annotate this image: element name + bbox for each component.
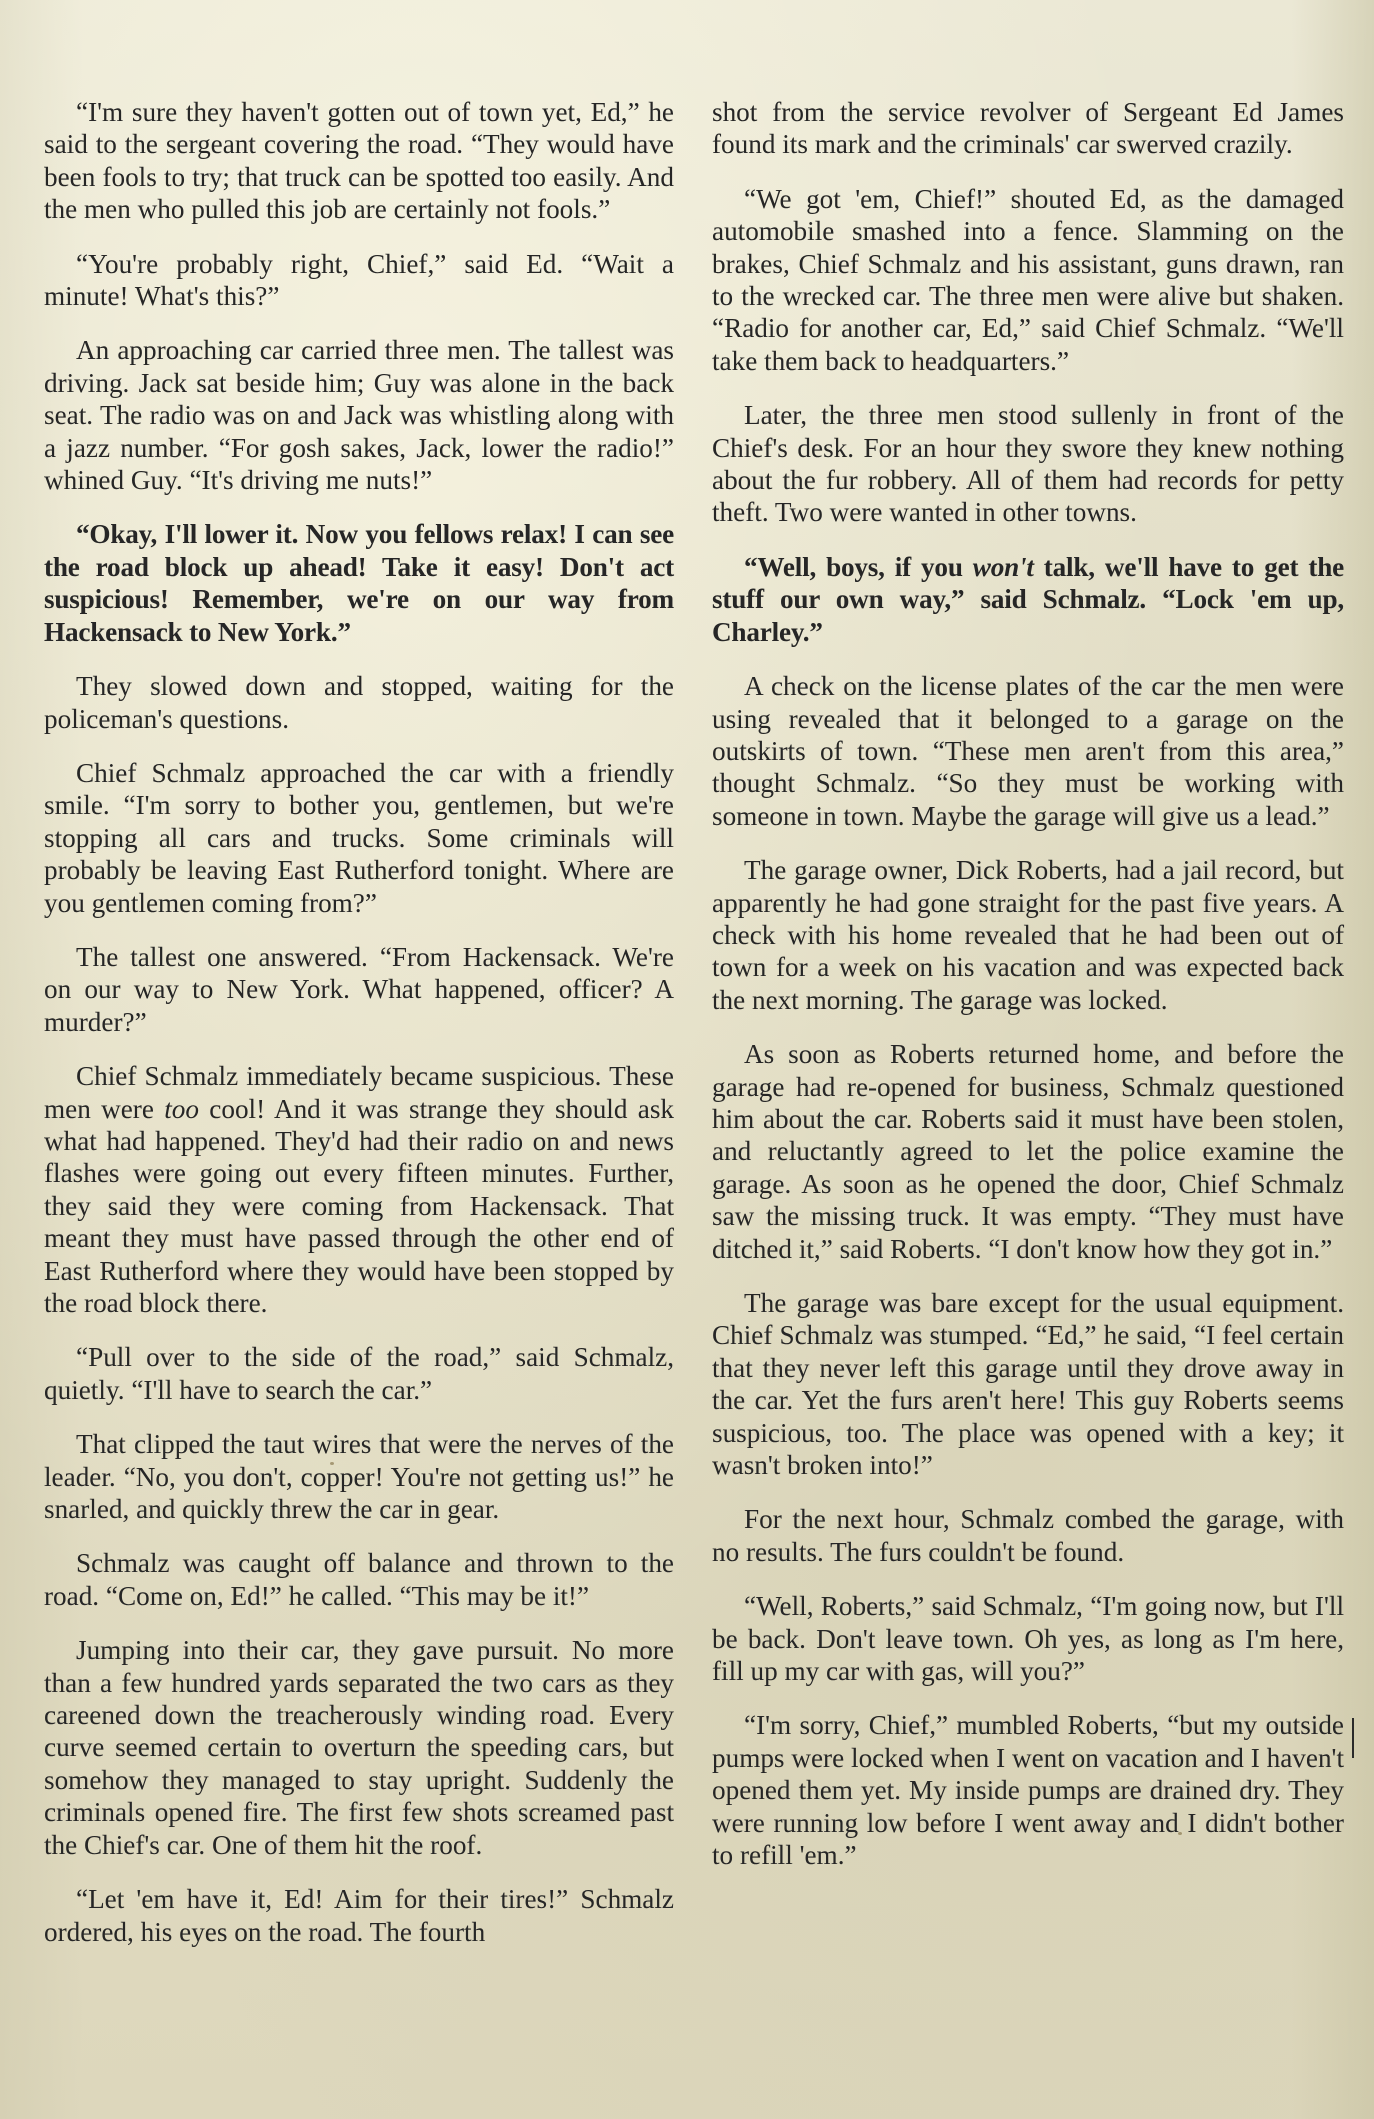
paragraph: Chief Schmalz approached the car with a … [44, 757, 674, 919]
paragraph: Chief Schmalz immediately became suspici… [44, 1060, 674, 1319]
paragraph: The garage was bare except for the usual… [712, 1287, 1344, 1481]
paragraph: Jumping into their car, they gave pursui… [44, 1634, 674, 1861]
paragraph: “Pull over to the side of the road,” sai… [44, 1341, 674, 1406]
emphasis: won't [973, 552, 1034, 582]
paragraph: That clipped the taut wires that were th… [44, 1428, 674, 1525]
paragraph: “I'm sorry, Chief,” mumbled Roberts, “bu… [712, 1709, 1344, 1871]
paragraph: An approaching car carried three men. Th… [44, 334, 674, 496]
text-column-right: shot from the service revolver of Sergea… [712, 96, 1344, 1894]
margin-ink-mark [1352, 1718, 1354, 1758]
paragraph: “Let 'em have it, Ed! Aim for their tire… [44, 1883, 674, 1948]
paragraph: They slowed down and stopped, waiting fo… [44, 670, 674, 735]
paragraph: “Okay, I'll lower it. Now you fellows re… [44, 518, 674, 648]
paragraph-continuation: shot from the service revolver of Sergea… [712, 96, 1344, 161]
paragraph: A check on the license plates of the car… [712, 670, 1344, 832]
emphasis: too [164, 1094, 199, 1124]
paper-speck [1318, 1115, 1322, 1118]
paragraph: “We got 'em, Chief!” shouted Ed, as the … [712, 183, 1344, 377]
paper-speck [330, 1462, 334, 1465]
paragraph: As soon as Roberts returned home, and be… [712, 1038, 1344, 1265]
scanned-page: “I'm sure they haven't gotten out of tow… [0, 0, 1374, 2119]
paragraph: “Well, boys, if you won't talk, we'll ha… [712, 551, 1344, 648]
paragraph: Schmalz was caught off balance and throw… [44, 1547, 674, 1612]
paragraph: The tallest one answered. “From Hackensa… [44, 941, 674, 1038]
paragraph: “I'm sure they haven't gotten out of tow… [44, 96, 674, 226]
paper-speck [1178, 1832, 1182, 1835]
paragraph: For the next hour, Schmalz combed the ga… [712, 1503, 1344, 1568]
paragraph: “Well, Roberts,” said Schmalz, “I'm goin… [712, 1590, 1344, 1687]
paragraph: Later, the three men stood sullenly in f… [712, 399, 1344, 529]
paragraph: The garage owner, Dick Roberts, had a ja… [712, 854, 1344, 1016]
paragraph: “You're probably right, Chief,” said Ed.… [44, 248, 674, 313]
text-column-left: “I'm sure they haven't gotten out of tow… [44, 96, 674, 1970]
